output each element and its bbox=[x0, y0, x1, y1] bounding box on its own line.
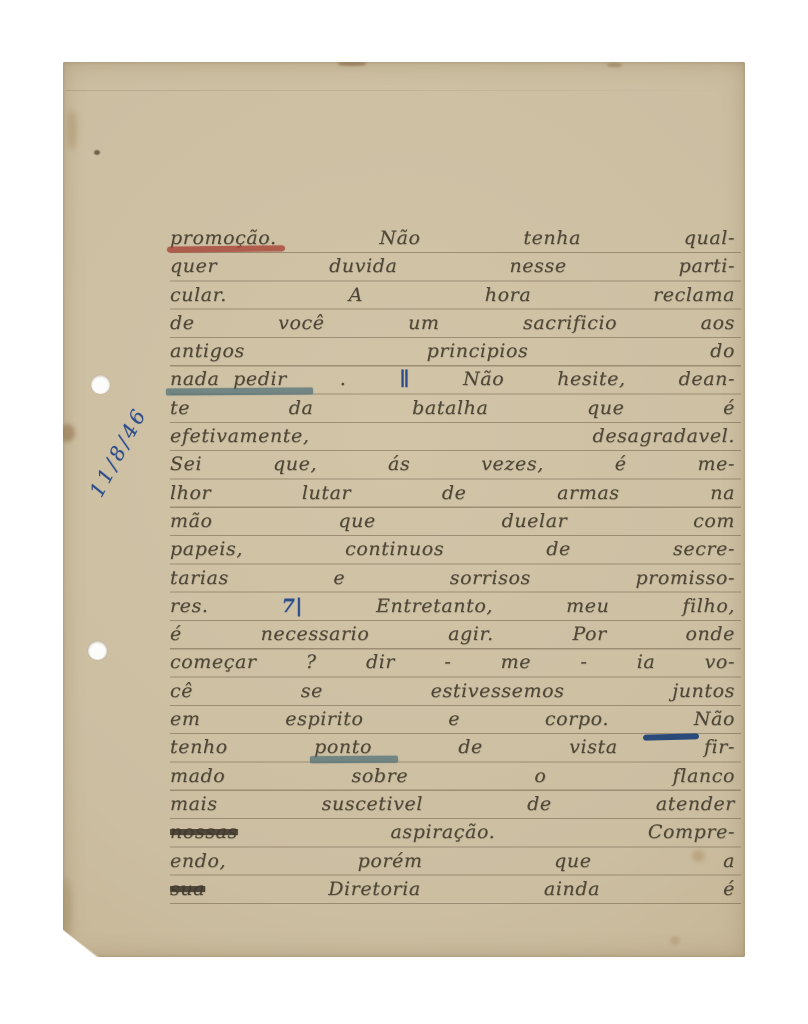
manuscript-line: nada pedir . ∥ Não hesite, dean- bbox=[170, 365, 735, 393]
manuscript-line: lhor lutar de armas na bbox=[170, 479, 735, 507]
handwriting-segment: lhor lutar de armas na bbox=[170, 482, 735, 504]
paper-stain bbox=[59, 424, 75, 442]
manuscript-line: promoção. Não tenha qual- bbox=[170, 224, 735, 252]
red-underlined-word: promoção. bbox=[170, 224, 277, 253]
handwriting-segment: é necessario agir. Por onde bbox=[170, 623, 735, 645]
scribbled-out-word: sua bbox=[170, 878, 205, 900]
manuscript-line: Sei que, ás vezes, é me- bbox=[170, 450, 735, 478]
handwriting-segment: papeis, continuos de secre- bbox=[170, 538, 735, 560]
scribbled-out-word: nossas bbox=[170, 821, 238, 843]
handwriting-segment: aspiração. Compre- bbox=[238, 821, 735, 843]
blue-ink-mark: 7| bbox=[282, 595, 303, 617]
paper-stain bbox=[60, 878, 72, 940]
manuscript-line: te da batalha que é bbox=[170, 394, 735, 422]
handwriting-segment: Entretanto, meu filho, bbox=[303, 595, 735, 617]
manuscript-line: endo, porém que a bbox=[170, 847, 735, 875]
teal-underlined-word: ponto bbox=[314, 733, 372, 762]
handwriting-segment: antigos principios do bbox=[170, 340, 735, 362]
manuscript-line: mão que duelar com bbox=[170, 507, 735, 535]
manuscript-line: mais suscetivel de atender bbox=[170, 790, 735, 818]
handwriting-segment: de você um sacrificio aos bbox=[170, 312, 735, 334]
paper-stain bbox=[338, 61, 366, 66]
manuscript-page: 11/8/46 promoção. Não tenha qual-quer du… bbox=[63, 62, 745, 957]
manuscript-line: sua Diretoria ainda é bbox=[170, 875, 735, 903]
handwriting-segment: Não hesite, dean- bbox=[410, 368, 735, 390]
manuscript-text: promoção. Não tenha qual-quer duvida nes… bbox=[170, 224, 735, 903]
handwriting-segment: res. bbox=[170, 595, 282, 617]
manuscript-line: mado sobre o flanco bbox=[170, 762, 735, 790]
manuscript-line: cular. A hora reclama bbox=[170, 281, 735, 309]
manuscript-line: em espirito e corpo. Não bbox=[170, 705, 735, 733]
handwriting-segment: cular. A hora reclama bbox=[170, 284, 735, 306]
manuscript-line: começar ? dir - me - ia vo- bbox=[170, 648, 735, 676]
handwriting-segment: em espirito e corpo. Não bbox=[170, 708, 735, 730]
handwriting-segment: Sei que, ás vezes, é me- bbox=[170, 453, 735, 475]
handwriting-segment: cê se estivessemos juntos bbox=[170, 680, 735, 702]
handwriting-segment: . bbox=[287, 368, 400, 390]
handwriting-segment: mais suscetivel de atender bbox=[170, 793, 735, 815]
folded-corner bbox=[63, 927, 99, 957]
paper-crease bbox=[65, 90, 740, 91]
handwriting-segment: tarias e sorrisos promisso- bbox=[170, 567, 735, 589]
manuscript-line: res. 7| Entretanto, meu filho, bbox=[170, 592, 735, 620]
handwriting-segment: tenho bbox=[170, 736, 314, 758]
handwriting-segment: de vista fir- bbox=[372, 736, 735, 758]
manuscript-line: antigos principios do bbox=[170, 337, 735, 365]
manuscript-line: cê se estivessemos juntos bbox=[170, 677, 735, 705]
handwriting-segment: endo, porém que a bbox=[170, 850, 735, 872]
punch-hole-bottom bbox=[88, 641, 107, 660]
blue-ink-mark: ∥ bbox=[399, 368, 410, 390]
handwriting-segment: efetivamente, desagradavel. bbox=[170, 425, 735, 447]
handwriting-segment: mão que duelar com bbox=[170, 510, 735, 532]
manuscript-line: tarias e sorrisos promisso- bbox=[170, 564, 735, 592]
manuscript-line: nossas aspiração. Compre- bbox=[170, 818, 735, 846]
handwriting-segment: Não tenha qual- bbox=[277, 227, 735, 249]
manuscript-line: quer duvida nesse parti- bbox=[170, 252, 735, 280]
margin-date-annotation: 11/8/46 bbox=[67, 371, 168, 532]
paper-stain bbox=[670, 936, 680, 945]
paper-stain bbox=[67, 110, 77, 150]
manuscript-line: de você um sacrificio aos bbox=[170, 309, 735, 337]
teal-underlined-word: nada pedir bbox=[170, 365, 287, 394]
paper-stain bbox=[94, 150, 100, 155]
manuscript-line: papeis, continuos de secre- bbox=[170, 535, 735, 563]
handwriting-segment: mado sobre o flanco bbox=[170, 765, 735, 787]
handwriting-segment: Diretoria ainda é bbox=[205, 878, 735, 900]
paper-stain bbox=[607, 63, 622, 67]
punch-hole-top bbox=[91, 375, 110, 394]
scan-background: { "page_background": "#ffffff", "colors"… bbox=[0, 0, 808, 1024]
manuscript-line: efetivamente, desagradavel. bbox=[170, 422, 735, 450]
manuscript-line: é necessario agir. Por onde bbox=[170, 620, 735, 648]
handwriting-segment: te da batalha que é bbox=[170, 397, 735, 419]
handwriting-segment: quer duvida nesse parti- bbox=[170, 255, 735, 277]
handwriting-segment: começar ? dir - me - ia vo- bbox=[170, 651, 735, 673]
